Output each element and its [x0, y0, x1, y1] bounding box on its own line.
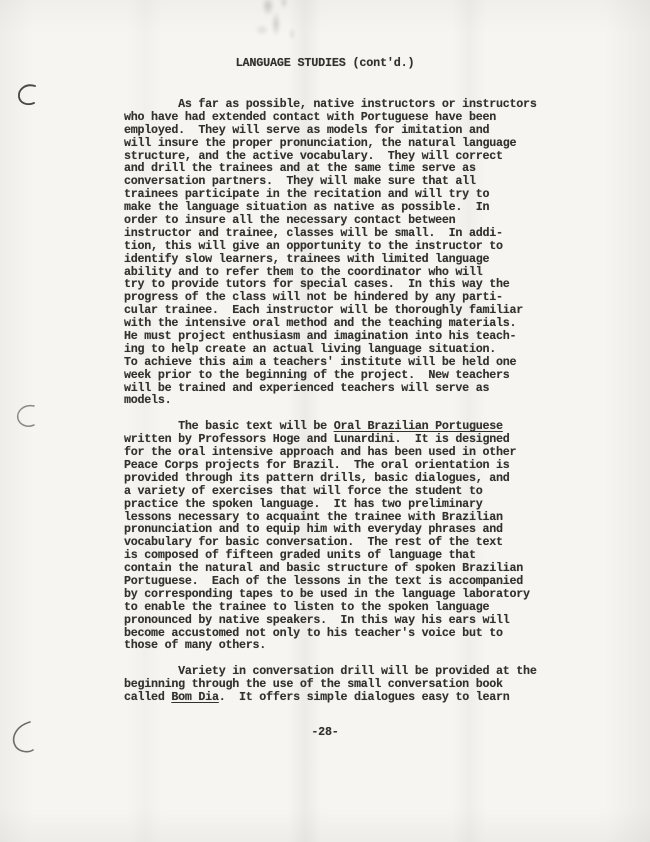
text-segment: written by Professors Hoge and Lunardini…	[124, 432, 510, 446]
scan-smudge-artifact	[240, 0, 318, 54]
text-segment: Peace Corps projects for Brazil. The ora…	[124, 458, 510, 472]
text-segment: by corresponding tapes to be used in the…	[124, 587, 530, 601]
text-segment: tion, this will give an opportunity to t…	[124, 239, 503, 253]
text-segment: ability and to refer them to the coordin…	[124, 265, 482, 279]
text-segment: make the language situation as native as…	[124, 200, 489, 214]
paragraph: Variety in conversation drill will be pr…	[124, 665, 584, 704]
text-segment: instructor and trainee, classes will be …	[124, 226, 503, 240]
text-line: will be trained and experienced teachers…	[124, 382, 584, 395]
text-segment: and drill the trainees and at the same t…	[124, 161, 476, 175]
text-segment: contain the natural and basic structure …	[124, 561, 523, 575]
text-segment: vocabulary for basic conversation. The r…	[124, 535, 503, 549]
text-segment: for the oral intensive approach and has …	[124, 445, 516, 459]
text-segment: will be trained and experienced teachers…	[124, 381, 489, 395]
text-segment: structure, and the active vocabulary. Th…	[124, 149, 503, 163]
text-segment: order to insure all the necessary contac…	[124, 213, 455, 227]
text-segment: cular trainee. Each instructor will be t…	[124, 303, 523, 317]
text-segment: He must project enthusiasm and imaginati…	[124, 329, 516, 343]
paragraph: As far as possible, native instructors o…	[124, 98, 584, 407]
text-segment: become accustomed not only to his teache…	[124, 626, 503, 640]
text-segment: progress of the class will not be hinder…	[124, 290, 503, 304]
text-segment: employed. They will serve as models for …	[124, 123, 489, 137]
paragraph: The basic text will be Oral Brazilian Po…	[124, 420, 584, 652]
text-segment: As far as possible, native instructors o…	[124, 97, 537, 111]
text-segment: a variety of exercises that will force t…	[124, 484, 482, 498]
handwritten-curve-mark-icon	[15, 82, 41, 110]
text-segment: with the intensive oral method and the t…	[124, 316, 516, 330]
text-segment: identify slow learners, trainees with li…	[124, 252, 489, 266]
text-segment: provided through its pattern drills, bas…	[124, 471, 510, 485]
text-segment: The basic text will be	[124, 419, 334, 433]
text-segment: models.	[124, 393, 171, 407]
text-segment: beginning through the use of the small c…	[124, 677, 503, 691]
text-segment: those of many others.	[124, 638, 266, 652]
handwritten-curve-mark-icon	[13, 402, 41, 432]
page-number: -28-	[0, 725, 650, 739]
text-segment: . It offers simple dialogues easy to lea…	[219, 690, 510, 704]
underlined-text: Oral Brazilian Portuguese	[334, 419, 503, 433]
text-segment: practice the spoken language. It has two…	[124, 497, 482, 511]
text-line: those of many others.	[124, 639, 584, 652]
document-body: As far as possible, native instructors o…	[124, 98, 584, 704]
text-segment: lessons necessary to acquaint the traine…	[124, 510, 503, 524]
text-segment: Variety in conversation drill will be pr…	[124, 664, 537, 678]
text-segment: Portuguese. Each of the lessons in the t…	[124, 574, 523, 588]
text-segment: conversation partners. They will make su…	[124, 174, 476, 188]
text-segment: who have had extended contact with Portu…	[124, 110, 496, 124]
underlined-text: Bom Dia	[171, 690, 218, 704]
text-segment: To achieve this aim a teachers' institut…	[124, 355, 516, 369]
text-segment: trainees participate in the recitation a…	[124, 187, 489, 201]
text-segment: to enable the trainee to listen to the s…	[124, 600, 489, 614]
text-line: called Bom Dia. It offers simple dialogu…	[124, 691, 584, 704]
text-segment: is composed of fifteen graded units of l…	[124, 548, 476, 562]
text-segment: will insure the proper pronunciation, th…	[124, 136, 516, 150]
text-segment: called	[124, 690, 171, 704]
text-segment: ing to help create an actual living lang…	[124, 342, 496, 356]
scanned-document-page: LANGUAGE STUDIES (cont'd.) As far as pos…	[0, 0, 650, 842]
text-segment: try to provide tutors for special cases.…	[124, 277, 510, 291]
text-line: models.	[124, 394, 584, 407]
text-segment: pronunciation and to equip him with ever…	[124, 522, 503, 536]
text-segment: week prior to the beginning of the proje…	[124, 368, 510, 382]
text-segment: pronounced by native speakers. In this w…	[124, 613, 510, 627]
page-title: LANGUAGE STUDIES (cont'd.)	[0, 56, 650, 70]
